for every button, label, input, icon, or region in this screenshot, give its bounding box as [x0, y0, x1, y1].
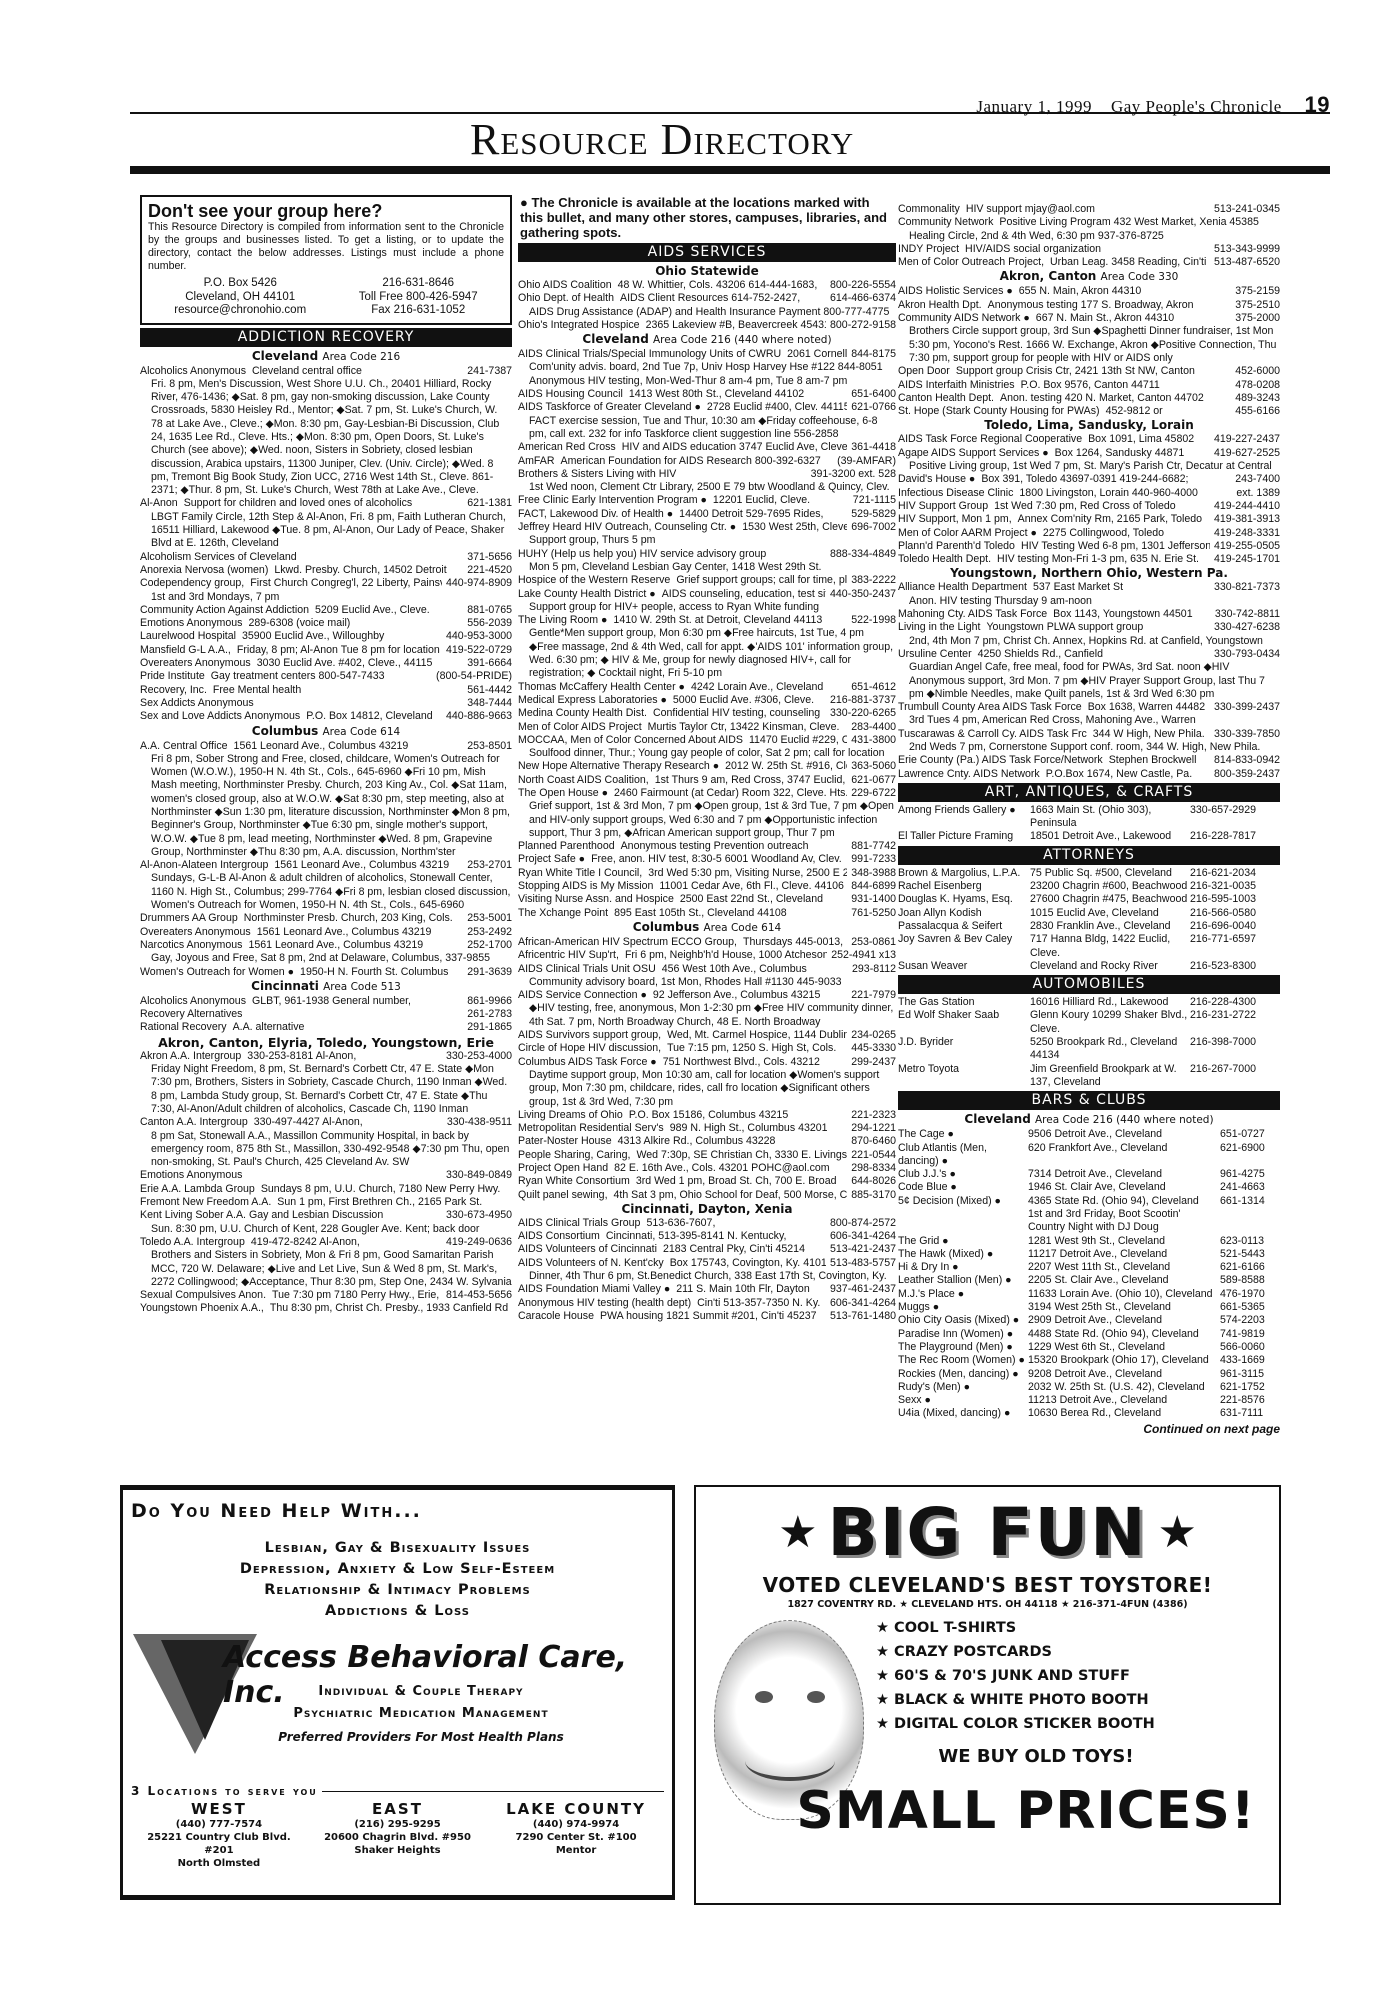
listing-phone: 844-6899	[847, 880, 896, 893]
listing-phone: 330-742-8811	[1211, 608, 1280, 621]
listing-info	[242, 1008, 463, 1021]
listing-details: 1st Wed noon, Clement Ctr Library, 2500 …	[518, 481, 896, 494]
ad-service: Preferred Providers For Most Health Plan…	[246, 1730, 596, 1744]
listing-name: Project Open Hand	[518, 1162, 608, 1175]
listing-details: 8 pm Sat, Stonewall A.A., Massillon Comm…	[140, 1130, 512, 1170]
listing-name: Men of Color AARM Project ●	[898, 527, 1037, 540]
listing-info: 3rd Wed 5:30 pm, Visiting Nurse, 2500 E …	[642, 867, 847, 880]
listing-phone: 216-231-2722	[1190, 1009, 1280, 1036]
listing-phone: 241-4663	[1220, 1181, 1280, 1194]
listing-phone: 363-5060	[847, 760, 896, 773]
listing-row: The Xchange Point895 East 105th St., Cle…	[518, 907, 896, 920]
listing-phone: 631-7111	[1220, 1407, 1280, 1420]
listing-details: Soulfood dinner, Thur.; Young gay people…	[518, 747, 896, 760]
perk-item: ★ DIGITAL COLOR STICKER BOOTH	[876, 1712, 1155, 1736]
listing-phone: 221-7979	[847, 989, 896, 1002]
listing-row: Ryan White Consortium3rd Wed 1 pm, Broad…	[518, 1175, 896, 1188]
ad-store-name: BIG FUN	[828, 1493, 1148, 1573]
listing-details: Healing Circle, 2nd & 4th Wed, 6:30 pm 9…	[898, 230, 1280, 243]
listing-info: 92 Jefferson Ave., Columbus 43215	[647, 989, 847, 1002]
listing-name: Ohio's Integrated Hospice	[518, 319, 640, 332]
listing-details: Anonymous HIV testing, Mon-Wed-Thur 8 am…	[518, 375, 896, 388]
listing-phone: 419-227-2437	[1210, 433, 1280, 446]
listing-phone: 814-453-5656	[442, 1289, 512, 1302]
ad-service: Psychiatric Medication Management	[246, 1706, 596, 1721]
listing-name: Fremont New Freedom A.A.	[140, 1196, 271, 1209]
listing-row: Planned ParenthoodAnonymous testing Prev…	[518, 840, 896, 853]
listing-row: Brothers & Sisters Living with HIV391-32…	[518, 468, 896, 481]
issue-item: Relationship & Intimacy Problems	[131, 1580, 664, 1601]
listing-phone: 961-3115	[1220, 1368, 1280, 1381]
location-phone: (440) 777-7574	[131, 1818, 307, 1831]
listing-phone: 252-4941 x13	[827, 949, 896, 962]
listing-row: Visiting Nurse Assn. and Hospice2500 Eas…	[518, 893, 896, 906]
city-heading: Ohio Statewide	[518, 264, 896, 279]
city-name: Youngstown, Northern Ohio, Western Pa.	[950, 566, 1228, 580]
listing-phone: 216-321-0035	[1190, 880, 1280, 893]
listing-details: Anon. HIV testing Thursday 9 am-noon	[898, 595, 1280, 608]
listing-address: 7314 Detroit Ave., Cleveland	[1028, 1168, 1220, 1181]
listing-name: Caracole House	[518, 1310, 594, 1323]
listing-phone: 513-343-9999	[1210, 243, 1280, 256]
listing-phone: 661-5365	[1220, 1301, 1280, 1314]
listing-name: The Grid ●	[898, 1235, 1028, 1248]
listing-name: INDY Project	[898, 243, 959, 256]
listing-row: Pater-Noster House4313 Alkire Rd., Colum…	[518, 1135, 896, 1148]
listing-name: Canton A.A. Intergroup	[140, 1116, 248, 1129]
listing-details: 1st and 3rd Mondays, 7 pm	[140, 591, 512, 604]
listing-name: Toledo Health Dept.	[898, 553, 991, 566]
location-city: Shaker Heights	[310, 1844, 486, 1857]
listing-details: AIDS Drug Assistance (ADAP) and Health I…	[518, 306, 896, 319]
listing-address: Glenn Koury 10299 Shaker Blvd., Cleve.	[1030, 1009, 1190, 1036]
listing-phone: 621-0766	[847, 401, 896, 414]
listing-name: AIDS Volunteers of N. Kent'cky	[518, 1257, 664, 1270]
listing-info: Sun 1 pm, First Brethren Ch., 2165 Park …	[271, 1196, 508, 1209]
listing-phone: 216-595-1003	[1190, 893, 1280, 906]
ad-headline: ★ BIG FUN ★	[706, 1493, 1269, 1573]
listing-details: FACT exercise session, Tue and Thur, 10:…	[518, 415, 896, 442]
listing-info: 1561 Leonard Ave., Columbus 43219	[251, 926, 464, 939]
listing-phone: 440-953-3000	[442, 630, 512, 643]
city-group-statewide: Ohio StatewideOhio AIDS Coalition48 W. W…	[518, 264, 896, 332]
listing-row: The Living Room ●1410 W. 29th St. at Det…	[518, 614, 896, 627]
address-line: Cleveland, OH 44101	[174, 291, 306, 305]
listing-row: Drummers AA GroupNorthminster Presb. Chu…	[140, 912, 512, 925]
listing-phone: 614-466-6374	[826, 292, 896, 305]
listing-info: 344 W High, New Phila.	[1087, 728, 1210, 741]
city-heading: Cleveland Area Code 216	[140, 349, 512, 365]
listing-phone: 761-5250	[847, 907, 896, 920]
listing-phone: 253-2701	[463, 859, 512, 872]
listing-name: Trumbull County Area AIDS Task Force	[898, 701, 1082, 714]
listing-phone: (39-AMFAR)	[833, 455, 896, 468]
listing-row: HUHY (Help us help you) HIV service advi…	[518, 548, 896, 561]
listing-row: Toledo Health Dept.HIV testing Mon-Fri 1…	[898, 553, 1280, 566]
automobiles-table: The Gas Station16016 Hilliard Rd., Lakew…	[898, 996, 1280, 1089]
listing-info: Box 1264, Sandusky 44871	[1049, 447, 1210, 460]
city-name: Akron, Canton, Elyria, Toledo, Youngstow…	[158, 1035, 494, 1050]
email-link[interactable]: resource@chronohio.com	[174, 304, 306, 318]
listing-info: 12201 Euclid, Cleve.	[707, 494, 849, 507]
listing-info: 1530 West 25th, Cleve	[736, 521, 847, 534]
listing-info: Box 1638, Warren 44482	[1082, 701, 1210, 714]
area-code: Area Code 216	[322, 351, 400, 363]
listing-name: Club Atlantis (Men, dancing) ●	[898, 1142, 1028, 1169]
listing-info: 11001 Cedar Ave, 6th Fl., Cleve. 44106	[653, 880, 847, 893]
continued-link[interactable]: Continued on next page	[898, 1423, 1280, 1436]
location-name: LAKE COUNTY	[488, 1800, 664, 1818]
listing-name: Community Action Against Addiction	[140, 604, 309, 617]
listing-info: 289-6308 (voice mail)	[242, 617, 463, 630]
listing-phone: 800-359-2437	[1210, 768, 1280, 781]
listing-name: HIV Support, Mon 1 pm,	[898, 513, 1012, 526]
listing-row: David's House ●Box 391, Toledo 43697-039…	[898, 473, 1280, 486]
listing-row: Alcoholics AnonymousCleveland central of…	[140, 365, 512, 378]
clown-mouth-icon	[745, 1741, 835, 1781]
listing-info	[676, 468, 806, 481]
listing-row: Overeaters Anonymous1561 Leonard Ave., C…	[140, 926, 512, 939]
section-header-attorneys: ATTORNEYS	[898, 846, 1280, 865]
listing-info: 2728 Euclid #400, Clev. 44115	[701, 401, 847, 414]
ad-perks-list: ★ COOL T-SHIRTS ★ CRAZY POSTCARDS ★ 60'S…	[876, 1616, 1155, 1736]
listing-info: Anon. testing 420 N. Market, Canton 4470…	[994, 392, 1231, 405]
listing-name: Akron A.A. Intergroup	[140, 1050, 241, 1063]
bars-table: The Cage ●9506 Detroit Ave., Cleveland65…	[898, 1128, 1280, 1421]
city-group-columbus: Columbus Area Code 614African-American H…	[518, 920, 896, 1202]
listing-row: Infectious Disease Clinic1800 Livingston…	[898, 487, 1280, 500]
ad-service: Individual & Couple Therapy	[246, 1684, 596, 1699]
listing-row: Mansfield G-L A.A.,Friday, 8 pm; Al-Anon…	[140, 644, 512, 657]
listing-row: AIDS Housing Council1413 West 80th St., …	[518, 388, 896, 401]
listing-row: AIDS Foundation Miami Valley ●211 S. Mai…	[518, 1283, 896, 1296]
city-group-cincinnati: Cincinnati, Dayton, XeniaAIDS Clinical T…	[518, 1202, 896, 1323]
listing-phone: 881-7742	[847, 840, 896, 853]
listing-phone: 419-627-2525	[1210, 447, 1280, 460]
listing-info: HIV support mjay@aol.com	[960, 203, 1210, 216]
perk-item: ★ 60'S & 70'S JUNK AND STUFF	[876, 1664, 1155, 1688]
listing-info: Box 175743, Covington, Ky. 41017	[664, 1257, 826, 1270]
listing-row: Community Action Against Addiction5209 E…	[140, 604, 512, 617]
listing-phone: 566-0060	[1220, 1341, 1280, 1354]
notice-heading: Don't see your group here?	[148, 201, 504, 221]
listing-phone: 330-438-9511	[443, 1116, 512, 1129]
listing-info: 330-253-8181 Al-Anon,	[241, 1050, 442, 1063]
area-code: Area Code 614	[322, 726, 400, 738]
listing-address: 11217 Detroit Ave., Cleveland	[1028, 1248, 1220, 1261]
listing-details: Brothers Circle support group, 3rd Sun ◆…	[898, 325, 1280, 365]
listing-row: Laurelwood Hospital35900 Euclid Ave., Wi…	[140, 630, 512, 643]
listing-row: Project Safe ●Free, anon. HIV test, 8:30…	[518, 853, 896, 866]
listing-name: Sexx ●	[898, 1394, 1028, 1407]
listing-row: Emotions Anonymous289-6308 (voice mail)5…	[140, 617, 512, 630]
listing-address: 75 Public Sq. #500, Cleveland	[1030, 867, 1190, 880]
title-rule	[130, 166, 1330, 174]
listing-phone: 522-1998	[847, 614, 896, 627]
listing-info: Cincinnati, 513-395-8141 N. Kentucky,	[600, 1230, 826, 1243]
phone-line: 216-631-8646	[359, 277, 478, 291]
listing-row: FACT, Lakewood Div. of Health ●14400 Det…	[518, 508, 896, 521]
listing-phone: 253-8501	[463, 740, 512, 753]
listing-info: Thursdays 445-0013,	[737, 936, 847, 949]
listing-phone: 961-4275	[1220, 1168, 1280, 1181]
listing-phone: 589-8588	[1220, 1274, 1280, 1287]
listing-phone: (800-54-PRIDE)	[432, 670, 512, 683]
listing-name: Youngstown Phoenix A.A.,	[140, 1302, 264, 1315]
listing-row: Tuscarawas & Carroll Cy. AIDS Task Frc34…	[898, 728, 1280, 741]
listing-name: M.J.'s Place ●	[898, 1288, 1028, 1301]
listing-info: Annex Com'nity Rm, 2165 Park, Toledo	[1012, 513, 1210, 526]
listing-name: Infectious Disease Clinic	[898, 487, 1013, 500]
city-group-akron: Akron, Canton Area Code 330AIDS Holistic…	[898, 269, 1280, 418]
listing-phone: ext. 1389	[1232, 487, 1280, 500]
listing-phone: 330-849-0849	[442, 1169, 512, 1182]
listing-address: 16016 Hilliard Rd., Lakewood	[1030, 996, 1190, 1009]
listing-phone: 216-566-0580	[1190, 907, 1280, 920]
listing-name: Jeffrey Heard HIV Outreach, Counseling C…	[518, 521, 736, 534]
listing-row: St. Hope (Stark County Housing for PWAs)…	[898, 405, 1280, 418]
listing-name: Akron Health Dpt.	[898, 299, 982, 312]
listing-name: Anorexia Nervosa (women)	[140, 564, 268, 577]
city-heading: Youngstown, Northern Ohio, Western Pa.	[898, 566, 1280, 581]
listing-details: Community advisory board, 1st Mon, Rhode…	[518, 976, 896, 989]
listing-phone: 419-245-1701	[1210, 553, 1280, 566]
listing-row: Akron Health Dpt.Anonymous testing 177 S…	[898, 299, 1280, 312]
listing-phone: 419-255-0505	[1210, 540, 1280, 553]
location-address: 20600 Chagrin Blvd. #950	[310, 1831, 486, 1844]
listing-row: Ursuline Center4250 Shields Rd., Canfiel…	[898, 648, 1280, 661]
listing-info: Free, anon. HIV test, 8:30-5 6001 Woodla…	[585, 853, 847, 866]
listing-row: African-American HIV Spectrum ECCO Group…	[518, 936, 896, 949]
listing-phone: 881-0765	[463, 604, 512, 617]
distribution-note: ● The Chronicle is available at the loca…	[518, 195, 896, 240]
area-code: Area Code 216 (440 where noted)	[1035, 1114, 1214, 1126]
listing-phone: 440-974-8909	[442, 577, 512, 590]
city-heading: Cincinnati Area Code 513	[140, 979, 512, 995]
listing-name: Alcoholism Services of Cleveland	[140, 551, 297, 564]
listing-info: Box 1143, Youngstown 44501	[1047, 608, 1211, 621]
location-city: Mentor	[488, 1844, 664, 1857]
listing-info: 1st Thurs 9 am, Red Cross, 3747 Euclid, …	[649, 774, 848, 787]
notice-body: This Resource Directory is compiled from…	[148, 221, 504, 273]
listing-phone	[1220, 1208, 1280, 1235]
listing-details: Guardian Angel Cafe, free meal, food for…	[898, 661, 1280, 701]
listing-phone: 283-4400	[847, 721, 896, 734]
listing-row: AIDS Holistic Services ●655 N. Main, Akr…	[898, 285, 1280, 298]
listing-address: 620 Frankfort Ave., Cleveland	[1028, 1142, 1220, 1169]
listing-phone: 606-341-4264	[826, 1230, 896, 1243]
listing-name: Erie A.A. Lambda Group	[140, 1183, 255, 1196]
listing-name: New Hope Alternative Therapy Research ●	[518, 760, 719, 773]
listing-row: HIV Support, Mon 1 pm,Annex Com'nity Rm,…	[898, 513, 1280, 526]
listing-row: People Sharing, Caring,Wed 7:30p, SE Chr…	[518, 1149, 896, 1162]
city-group-cincinnati-cont: CommonalityHIV support mjay@aol.com513-2…	[898, 203, 1280, 269]
listing-details: Sundays, G-L-B Al-Anon & adult children …	[140, 872, 512, 912]
listing-row: Mahoning Cty. AIDS Task ForceBox 1143, Y…	[898, 608, 1280, 621]
listing-info: P.O. Box 9576, Canton 44711	[1015, 379, 1232, 392]
location-phone: (216) 295-9295	[310, 1818, 486, 1831]
listing-row: New Hope Alternative Therapy Research ●2…	[518, 760, 896, 773]
listing-info: Anonymous testing 177 S. Broadway, Akron	[982, 299, 1232, 312]
listing-name: The Rec Room (Women) ●	[898, 1354, 1028, 1367]
listing-name: Men of Color Outreach Project,	[898, 256, 1044, 269]
listing-phone: 621-0677	[847, 774, 896, 787]
listing-details: Mon 5 pm, Cleveland Lesbian Gay Center, …	[518, 561, 896, 574]
listing-row: Community NetworkPositive Living Program…	[898, 216, 1280, 229]
ad-body: ★ COOL T-SHIRTS ★ CRAZY POSTCARDS ★ 60'S…	[706, 1616, 1269, 1861]
listing-info: HIV testing Mon-Fri 1-3 pm, 635 N. Erie …	[991, 553, 1210, 566]
address-line: P.O. Box 5426	[174, 277, 306, 291]
listing-row: Open DoorSupport group Crisis Ctr, 2421 …	[898, 365, 1280, 378]
listing-phone: 253-0861	[847, 936, 896, 949]
listing-info: 1410 W. 29th St. at Detroit, Cleveland 4…	[607, 614, 847, 627]
city-name: Ohio Statewide	[655, 264, 759, 278]
listing-phone: 221-4520	[463, 564, 512, 577]
ad-small-prices: SMALL PRICES!	[786, 1781, 1266, 1841]
listing-info: 82 E. 16th Ave., Cols. 43201 POHC@aol.co…	[608, 1162, 847, 1175]
city-group-youngstown: Youngstown, Northern Ohio, Western Pa.Al…	[898, 566, 1280, 780]
listing-name: AIDS Clinical Trials Unit OSU	[518, 963, 656, 976]
listing-row: Sex Addicts Anonymous348-7444	[140, 697, 512, 710]
listing-phone: 513-761-1480	[826, 1310, 896, 1323]
listing-name: Mansfield G-L A.A.,	[140, 644, 231, 657]
listing-name: Thomas McCaffery Health Center ●	[518, 681, 685, 694]
listing-row: AIDS Survivors support group,Wed, Mt. Ca…	[518, 1029, 896, 1042]
listing-address: 4488 State Rd. (Ohio 94), Cleveland	[1028, 1328, 1220, 1341]
city-group-cleveland: Cleveland Area Code 216Alcoholics Anonym…	[140, 349, 512, 724]
listing-notice-box: Don't see your group here? This Resource…	[140, 195, 512, 325]
listing-name: Brown & Margolius, L.P.A.	[898, 867, 1030, 880]
listing-row: Codependency group,First Church Congreg'…	[140, 577, 512, 590]
listing-name: AIDS Housing Council	[518, 388, 623, 401]
location-lake-county: LAKE COUNTY (440) 974-9974 7290 Center S…	[488, 1800, 664, 1870]
listing-info: AIDS counseling, education, test site	[656, 588, 826, 601]
location-address: 25221 Country Club Blvd. #201	[131, 1831, 307, 1857]
listing-name: Joy Savren & Bev Caley	[898, 933, 1030, 960]
listing-name: Free Clinic Early Intervention Program ●	[518, 494, 707, 507]
listing-phone: 361-4418	[847, 441, 896, 454]
header-rule	[130, 112, 1330, 114]
listing-name: HUHY (Help us help you) HIV service advi…	[518, 548, 766, 561]
ad-question: Do You Need Help With...	[131, 1500, 664, 1522]
listing-row: Men of Color AARM Project ●2275 Collingw…	[898, 527, 1280, 540]
listing-row: Community AIDS Network ●667 N. Main St.,…	[898, 312, 1280, 325]
divider	[322, 1791, 664, 1792]
perk-item: ★ CRAZY POSTCARDS	[876, 1640, 1155, 1664]
listing-phone	[1276, 216, 1280, 229]
listing-phone: 455-6166	[1231, 405, 1280, 418]
listing-info: 5000 Euclid Ave. #306, Cleve.	[667, 694, 826, 707]
listing-phone: 513-487-6520	[1210, 256, 1280, 269]
listing-phone: 298-8334	[847, 1162, 896, 1175]
listing-details: Positive Living group, 1st Wed 7 pm, St.…	[898, 460, 1280, 473]
listing-info: Grief support groups; call for time, pla…	[670, 574, 847, 587]
listing-name: Agape AIDS Support Services ●	[898, 447, 1049, 460]
listing-row: Fremont New Freedom A.A.Sun 1 pm, First …	[140, 1196, 512, 1209]
listing-row: Free Clinic Early Intervention Program ●…	[518, 494, 896, 507]
ad-locations-heading: 3 Locations to serve you	[131, 1784, 664, 1798]
listing-phone: 330-427-6238	[1210, 621, 1280, 634]
listing-row: Quilt panel sewing,4th Sat 3 pm, Ohio Sc…	[518, 1189, 896, 1202]
listing-row: Jeffrey Heard HIV Outreach, Counseling C…	[518, 521, 896, 534]
listing-info: Anonymous testing Prevention outreach	[615, 840, 848, 853]
listing-info: 11470 Euclid #229, Cle	[743, 734, 847, 747]
listing-address: 1015 Euclid Ave, Cleveland	[1030, 907, 1190, 920]
city-name: Toledo, Lima, Sandusky, Lorain	[984, 418, 1193, 432]
listing-row: Project Open Hand82 E. 16th Ave., Cols. …	[518, 1162, 896, 1175]
listing-info: 2500 East 22nd St., Cleveland	[674, 893, 847, 906]
listing-info: 2365 Lakeview #B, Beavercreek 45431	[640, 319, 826, 332]
listing-phone: 229-6722	[847, 787, 896, 800]
listing-phone: 419-249-0636	[442, 1236, 512, 1249]
listing-info: HIV/AIDS social organization	[959, 243, 1210, 256]
listing-row: Canton Health Dept.Anon. testing 420 N. …	[898, 392, 1280, 405]
listing-info: 35900 Euclid Ave., Willoughby	[236, 630, 442, 643]
listing-phone: 221-8576	[1220, 1394, 1280, 1407]
clown-eye-icon	[755, 1691, 773, 1703]
listing-row: Anorexia Nervosa (women)Lkwd. Presby. Ch…	[140, 564, 512, 577]
listing-row: Medical Express Laboratories ●5000 Eucli…	[518, 694, 896, 707]
listing-name: Rachel Eisenberg	[898, 880, 1030, 893]
listing-name: Laurelwood Hospital	[140, 630, 236, 643]
listing-phone: 870-6460	[847, 1135, 896, 1148]
listing-name: Living in the Light	[898, 621, 980, 634]
listing-phone: 741-9819	[1220, 1328, 1280, 1341]
listing-phone: 556-2039	[463, 617, 512, 630]
listing-row: Narcotics Anonymous1561 Leonard Ave., Co…	[140, 939, 512, 952]
access-behavioral-care-ad: Do You Need Help With... Lesbian, Gay & …	[120, 1485, 675, 1900]
listing-details: Sun. 8:30 pm, U.U. Church of Kent, 228 G…	[140, 1223, 512, 1236]
listing-phone: 574-2203	[1220, 1314, 1280, 1327]
listing-name: The Cage ●	[898, 1128, 1028, 1141]
listing-phone: 800-272-9158	[826, 319, 896, 332]
listing-info: 667 N. Main St., Akron 44310	[1030, 312, 1231, 325]
listing-info: Thu 8:30 pm, Christ Ch. Presby., 1933 Ca…	[264, 1302, 508, 1315]
listing-name: People Sharing, Caring,	[518, 1149, 630, 1162]
listing-row: Ohio's Integrated Hospice2365 Lakeview #…	[518, 319, 896, 332]
listing-info: 3030 Euclid Ave. #402, Cleve., 44115	[251, 657, 464, 670]
listing-row: Overeaters Anonymous3030 Euclid Ave. #40…	[140, 657, 512, 670]
listing-address: 11633 Lorain Ave. (Ohio 10), Cleveland	[1028, 1288, 1220, 1301]
listing-name: Alcoholics Anonymous	[140, 365, 246, 378]
listing-name: Plann'd Parenth'd Toledo	[898, 540, 1015, 553]
listing-details: LBGT Family Circle, 12th Step & Al-Anon,…	[140, 511, 512, 551]
listing-info: 2275 Collingwood, Toledo	[1037, 527, 1210, 540]
listing-details: 2nd, 4th Mon 7 pm, Christ Ch. Annex, Hop…	[898, 635, 1280, 648]
listing-info: 48 W. Whittier, Cols. 43206 614-444-1683…	[612, 279, 826, 292]
listing-name: Rational Recovery	[140, 1021, 227, 1034]
listing-name: Narcotics Anonymous	[140, 939, 242, 952]
listing-phone: 383-2222	[847, 574, 896, 587]
listing-address: 3194 West 25th St., Cleveland	[1028, 1301, 1220, 1314]
listing-row: Sexual Compulsives Anon.Tue 7:30 pm 7180…	[140, 1289, 512, 1302]
section-header-bars: BARS & CLUBS	[898, 1091, 1280, 1110]
listing-phone: 721-1115	[849, 494, 896, 507]
listing-name: David's House ●	[898, 473, 975, 486]
listing-info: 751 Northwest Blvd., Cols. 43212	[657, 1056, 848, 1069]
listing-info	[766, 548, 826, 561]
listing-row: Circle of Hope HIV discussion,Tue 7:15 p…	[518, 1042, 896, 1055]
listing-phone: 330-253-4000	[442, 1050, 512, 1063]
listing-name: Medina County Health Dist.	[518, 707, 647, 720]
listing-name: Metro Toyota	[898, 1063, 1030, 1090]
listing-phone: 243-7400	[1231, 473, 1280, 486]
listing-name: Project Safe ●	[518, 853, 585, 866]
listing-name: MOCCAA, Men of Color Concerned About AID…	[518, 734, 743, 747]
listing-row: Ryan White Title I Council,3rd Wed 5:30 …	[518, 867, 896, 880]
listing-address: 1946 St. Clair Ave, Cleveland	[1028, 1181, 1220, 1194]
listing-info: 537 East Market St	[1027, 581, 1210, 594]
